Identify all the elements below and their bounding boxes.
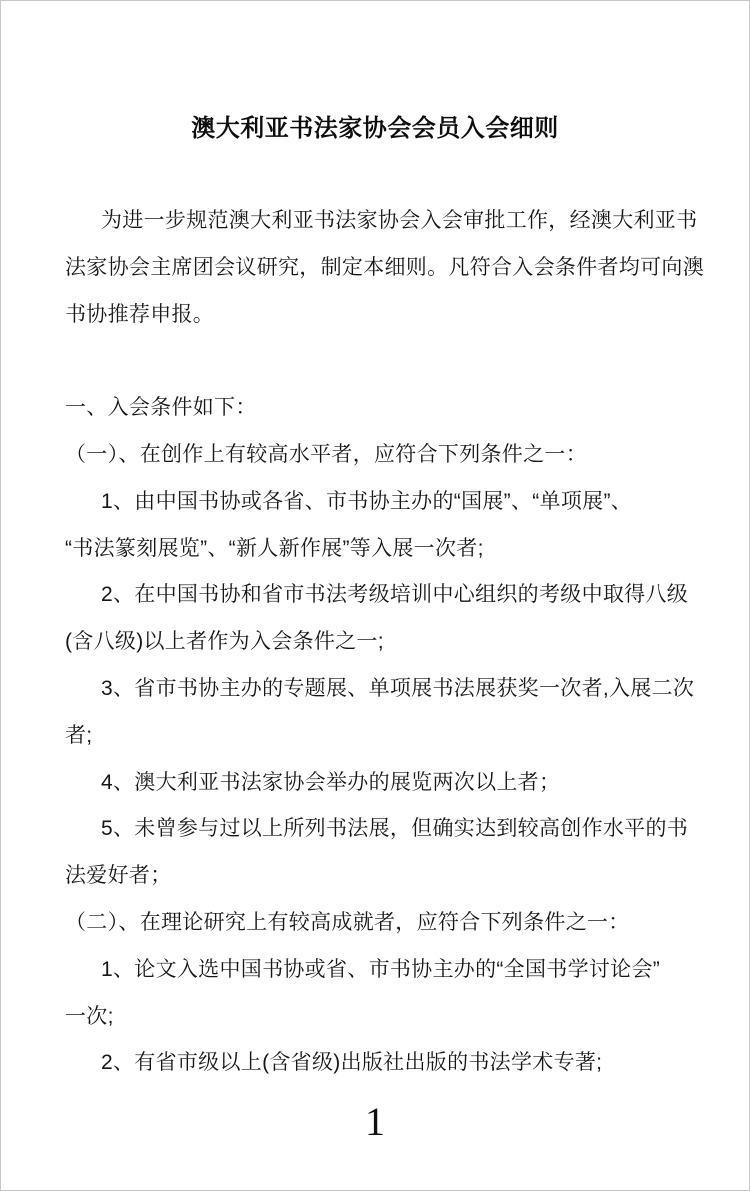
document-body: 为进一步规范澳大利亚书法家协会入会审批工作，经澳大利亚书法家协会主席团会议研究，…	[65, 198, 687, 1087]
document-title: 澳大利亚书法家协会会员入会细则	[1, 109, 749, 149]
text-line: 为进一步规范澳大利亚书法家协会入会审批工作，经澳大利亚书	[65, 198, 687, 245]
text-line: （一）、在创作上有较高水平者，应符合下列条件之一：	[65, 432, 687, 479]
text-line: 2、有省市级以上(含省级)出版社出版的书法学术专著;	[65, 1040, 687, 1087]
text-line: 法家协会主席团会议研究，制定本细则。凡符合入会条件者均可向澳	[65, 245, 687, 292]
text-line: 书协推荐申报。	[65, 292, 687, 339]
text-line: 3、省市书协主办的专题展、单项展书法展获奖一次者,入展二次	[65, 666, 687, 713]
text-line: 1、论文入选中国书协或省、市书协主办的“全国书学讨论会”	[65, 947, 687, 994]
text-line: 者;	[65, 713, 687, 760]
text-line: 一、入会条件如下：	[65, 385, 687, 432]
text-line: 4、澳大利亚书法家协会举办的展览两次以上者；	[65, 760, 687, 807]
text-line: 法爱好者；	[65, 853, 687, 900]
page-number: 1	[1, 1101, 749, 1143]
text-line	[65, 338, 687, 385]
text-line: “书法篆刻展览”、“新人新作展”等入展一次者;	[65, 526, 687, 573]
document-page: 澳大利亚书法家协会会员入会细则 为进一步规范澳大利亚书法家协会入会审批工作，经澳…	[0, 0, 750, 1191]
text-line: （二）、在理论研究上有较高成就者，应符合下列条件之一：	[65, 900, 687, 947]
text-line: (含八级)以上者作为入会条件之一;	[65, 619, 687, 666]
text-line: 一次;	[65, 994, 687, 1041]
text-line: 5、未曾参与过以上所列书法展，但确实达到较高创作水平的书	[65, 806, 687, 853]
text-line: 2、在中国书协和省市书法考级培训中心组织的考级中取得八级	[65, 572, 687, 619]
text-line: 1、由中国书协或各省、市书协主办的“国展”、“单项展”、	[65, 479, 687, 526]
